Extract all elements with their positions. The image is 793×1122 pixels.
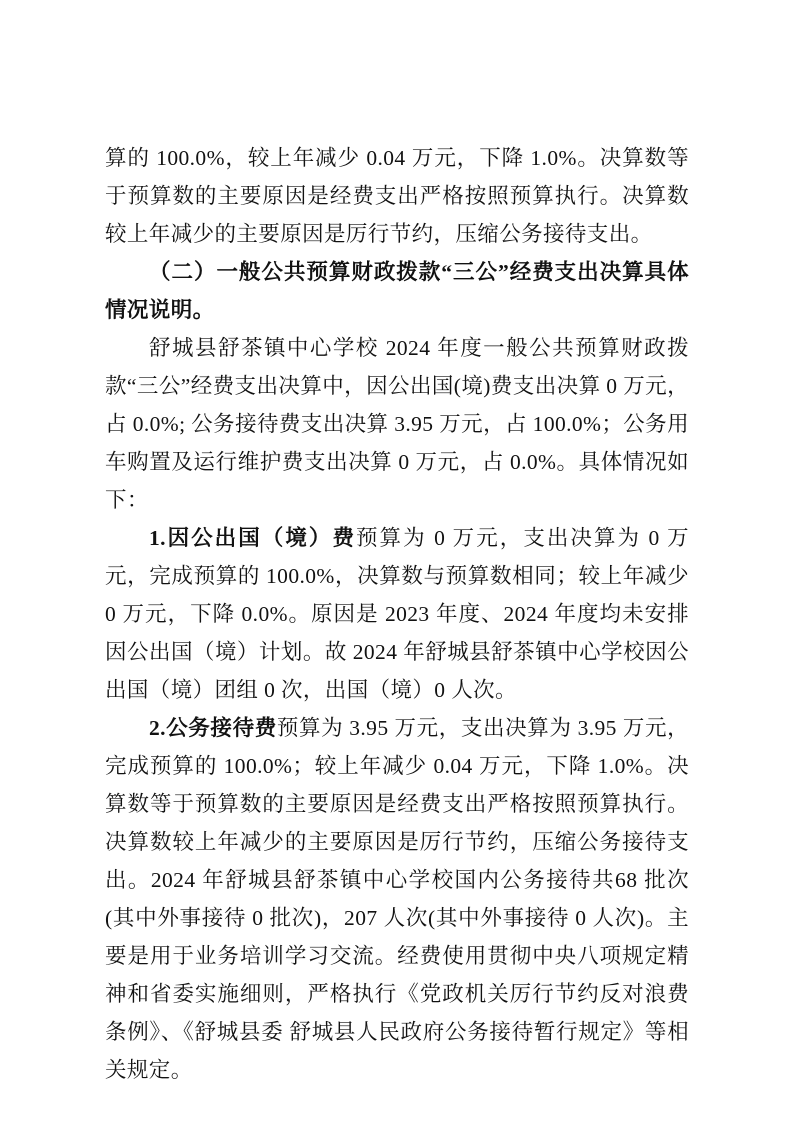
item-2-paragraph: 2.公务接待费预算为 3.95 万元，支出决算为 3.95 万元，完成预算的 1… <box>105 709 689 1089</box>
overview-paragraph: 舒城县舒茶镇中心学校 2024 年度一般公共预算财政拨款“三公”经费支出决算中，… <box>105 329 689 519</box>
section-heading: （二）一般公共预算财政拨款“三公”经费支出决算具体情况说明。 <box>105 253 689 329</box>
carryover-paragraph: 算的 100.0%，较上年减少 0.04 万元，下降 1.0%。决算数等于预算数… <box>105 139 689 253</box>
bold-text-run: 2.公务接待费 <box>149 716 277 740</box>
text-run: 预算为 3.95 万元，支出决算为 3.95 万元，完成预算的 100.0%；较… <box>105 716 689 1082</box>
document-page: 算的 100.0%，较上年减少 0.04 万元，下降 1.0%。决算数等于预算数… <box>0 0 793 1122</box>
bold-text-run: （二）一般公共预算财政拨款“三公”经费支出决算具体情况说明。 <box>105 260 689 322</box>
text-run: 舒城县舒茶镇中心学校 2024 年度一般公共预算财政拨款“三公”经费支出决算中，… <box>105 336 689 512</box>
document-text-block: 算的 100.0%，较上年减少 0.04 万元，下降 1.0%。决算数等于预算数… <box>105 139 689 1089</box>
item-1-paragraph: 1.因公出国（境）费预算为 0 万元，支出决算为 0 万元，完成预算的 100.… <box>105 519 689 709</box>
bold-text-run: 1.因公出国（境）费 <box>149 526 356 550</box>
text-run: 算的 100.0%，较上年减少 0.04 万元，下降 1.0%。决算数等于预算数… <box>105 146 689 246</box>
text-run: 预算为 0 万元，支出决算为 0 万元，完成预算的 100.0%，决算数与预算数… <box>105 526 689 702</box>
